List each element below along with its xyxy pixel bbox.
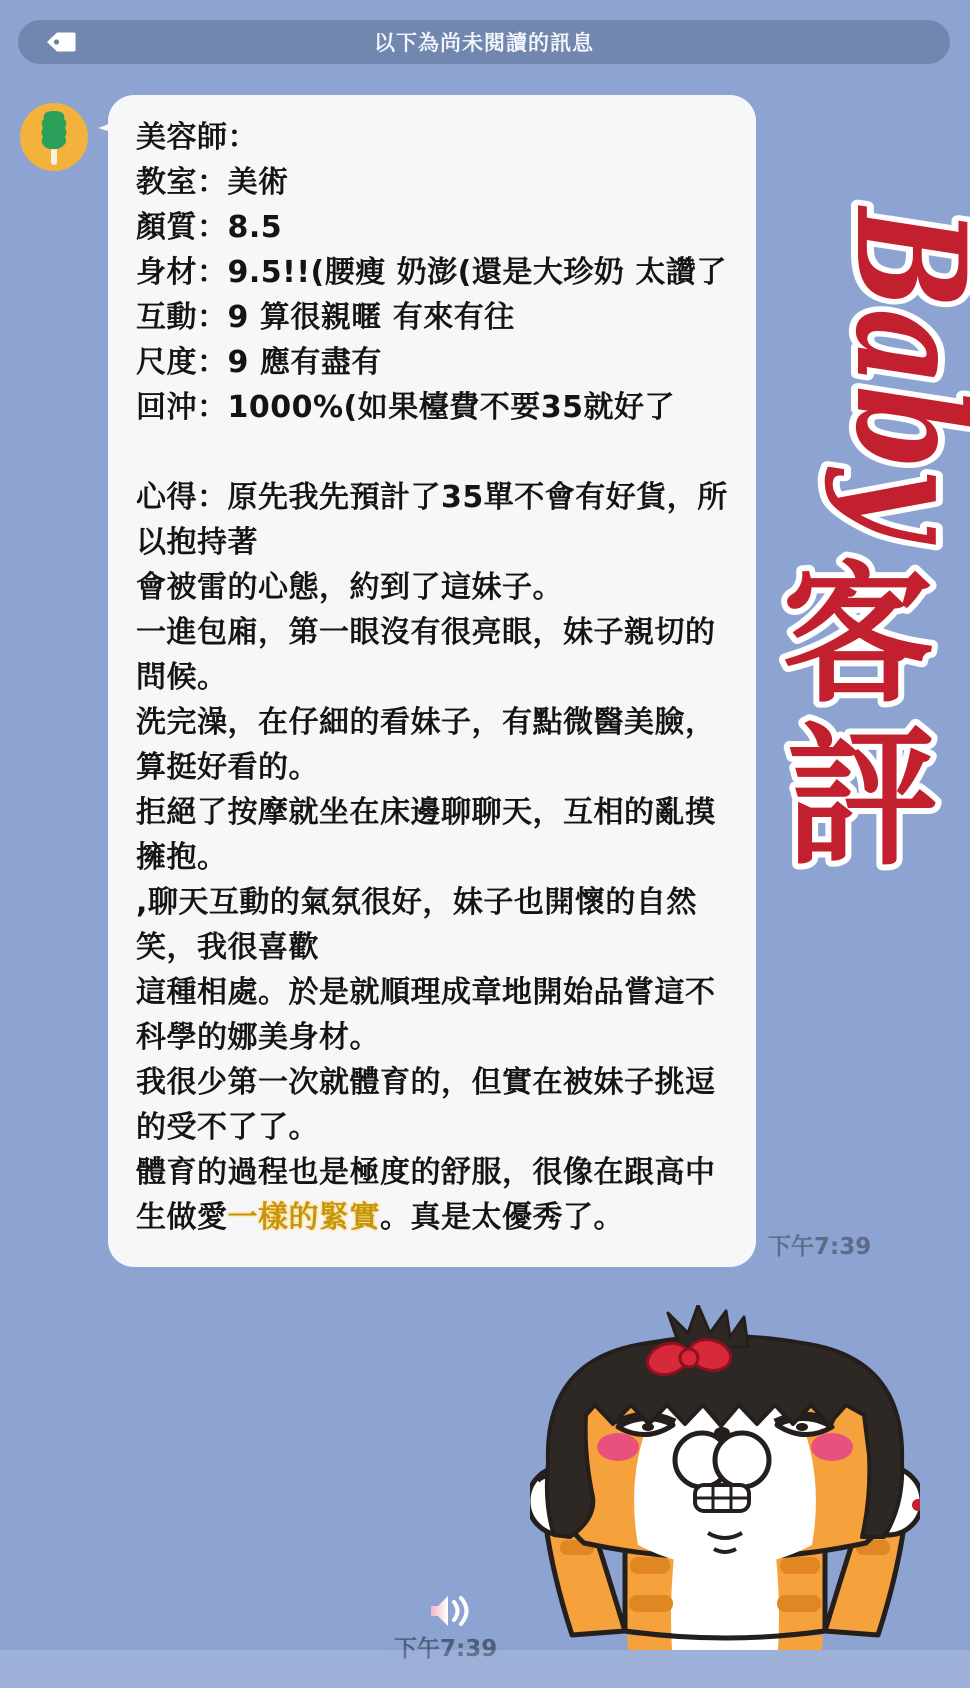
- message-line: 這種相處。於是就順理成章地開始品嘗這不科學的娜美身材。: [136, 970, 742, 1060]
- unread-banner[interactable]: 以下為尚未閱讀的訊息: [18, 20, 950, 64]
- message-line: 心得：原先我先預計了35單不會有好貨，所以抱持著: [136, 475, 742, 565]
- message-line: 會被雷的心態，約到了這妹子。: [136, 565, 742, 610]
- tag-icon: [44, 28, 78, 56]
- watermark-hanzi-2: 評: [786, 709, 938, 886]
- cat-sticker-image: [530, 1305, 920, 1650]
- message-line: 教室：美術: [136, 160, 742, 205]
- watermark-baby-review: Baby 客 評: [740, 190, 970, 890]
- cat-sticker[interactable]: [530, 1305, 920, 1650]
- message-line: 尺度：9 應有盡有: [136, 340, 742, 385]
- message-line: 顏質：8.5: [136, 205, 742, 250]
- message-line: 我很少第一次就體育的，但實在被妹子挑逗的受不了了。: [136, 1060, 742, 1150]
- bubble-tail: [94, 98, 134, 138]
- message-line: 體育的過程也是極度的舒服，很像在跟高中生做愛一樣的緊實。真是太優秀了。: [136, 1150, 742, 1240]
- message-line: [136, 430, 742, 475]
- message-line: 身材：9.5!!(腰瘦 奶澎(還是大珍奶 太讚了: [136, 250, 742, 295]
- message-line: 一進包廂，第一眼沒有很亮眼，妹子親切的問候。: [136, 610, 742, 700]
- message-line: 回沖：1000%(如果檯費不要35就好了: [136, 385, 742, 430]
- chat-screen: 以下為尚未閱讀的訊息 美容師：教室：美術顏質：8.5身材：9.5!!(腰瘦 奶澎…: [0, 0, 970, 1688]
- speaker-icon[interactable]: [428, 1594, 474, 1628]
- avatar[interactable]: [20, 103, 88, 171]
- bottom-band: [0, 1650, 970, 1688]
- message-bubble[interactable]: 美容師：教室：美術顏質：8.5身材：9.5!!(腰瘦 奶澎(還是大珍奶 太讚了互…: [108, 95, 756, 1267]
- unread-banner-label: 以下為尚未閱讀的訊息: [374, 27, 594, 57]
- message-line: 拒絕了按摩就坐在床邊聊聊天，互相的亂摸擁抱。: [136, 790, 742, 880]
- watermark-hanzi-1: 客: [782, 547, 934, 724]
- message-line: 美容師：: [136, 115, 742, 160]
- message-timestamp: 下午7:39: [768, 1228, 871, 1261]
- candy-skewer-avatar-icon: [32, 109, 76, 165]
- highlighted-text: 一樣的緊實: [228, 1200, 381, 1235]
- message-line: ,聊天互動的氣氛很好，妹子也開懷的自然笑，我很喜歡: [136, 880, 742, 970]
- message-lines: 美容師：教室：美術顏質：8.5身材：9.5!!(腰瘦 奶澎(還是大珍奶 太讚了互…: [136, 115, 742, 1240]
- message-line: 洗完澡，在仔細的看妹子，有點微醫美臉，算挺好看的。: [136, 700, 742, 790]
- watermark-latin: Baby: [822, 205, 970, 545]
- message-line: 互動：9 算很親暱 有來有往: [136, 295, 742, 340]
